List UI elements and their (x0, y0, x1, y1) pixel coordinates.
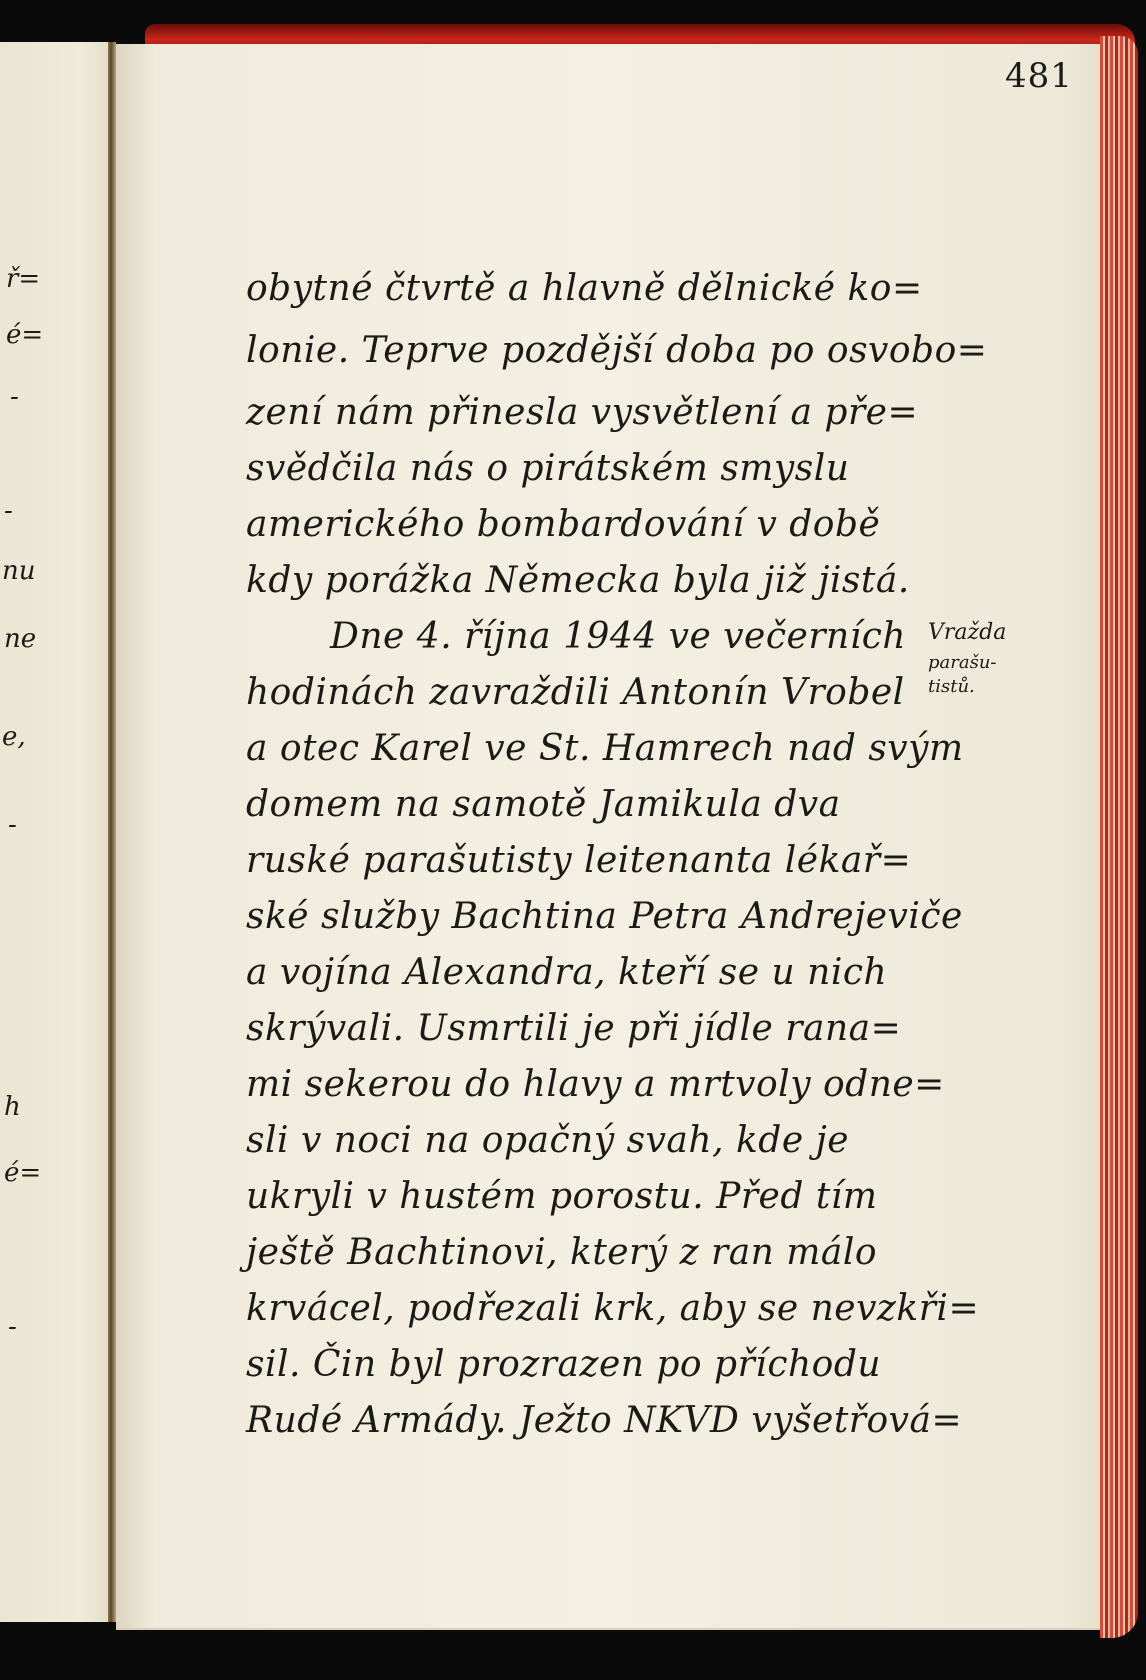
text-line: ještě Bachtinovi, který z ran málo (246, 1232, 877, 1273)
text-line: a otec Karel ve St. Hamrech nad svým (246, 728, 964, 769)
left-page-fragment: - (8, 1312, 17, 1342)
left-page-fragment: é= (4, 1158, 41, 1188)
text-line: zení nám přinesla vysvětlení a pře= (246, 392, 918, 433)
left-page-fragment: e, (2, 722, 26, 752)
text-line: kdy porážka Německa byla již jistá. (246, 560, 910, 601)
text-line: ruské parašutisty leitenanta lékař= (246, 840, 911, 881)
text-line: hodinách zavraždili Antonín Vrobel (246, 672, 905, 713)
text-line: sil. Čin byl prozrazen po příchodu (246, 1344, 881, 1385)
margin-note-line: parašu- (928, 652, 997, 673)
text-line: a vojína Alexandra, kteří se u nich (246, 952, 887, 993)
text-line: mi sekerou do hlavy a mrtvoly odne= (246, 1064, 945, 1105)
left-page-fragment: h (4, 1092, 21, 1122)
text-line: ské služby Bachtina Petra Andrejeviče (246, 896, 963, 937)
text-line: svědčila nás o pirátském smyslu (246, 448, 849, 489)
left-page-fragment: - (10, 382, 19, 412)
text-line: skrývali. Usmrtili je při jídle rana= (246, 1008, 901, 1049)
text-line: amerického bombardování v době (246, 504, 880, 545)
text-line: lonie. Teprve pozdější doba po osvobo= (246, 330, 987, 371)
text-line: Rudé Armády. Ježto NKVD vyšetřová= (246, 1400, 962, 1441)
left-page-fragment: ne (4, 624, 36, 654)
page-number: 481 (1005, 56, 1073, 96)
text-line: sli v noci na opačný svah, kde je (246, 1120, 849, 1161)
text-line: Dne 4. října 1944 ve večerních (330, 616, 906, 657)
text-line: obytné čtvrtě a hlavně dělnické ko= (246, 268, 923, 309)
page-edges (1100, 36, 1138, 1638)
left-page-fragment: - (8, 810, 17, 840)
left-page-fragment: ř= (6, 264, 40, 294)
left-page-fragment: nu (2, 556, 36, 586)
left-page-fragment: - (4, 496, 13, 526)
text-line: krvácel, podřezali krk, aby se nevzkři= (246, 1288, 979, 1329)
left-page-fragment: é= (6, 320, 43, 350)
left-page: ř= é= - - nu ne e, - h é= - (0, 42, 114, 1622)
book-gutter (108, 42, 116, 1622)
text-line: ukryli v hustém porostu. Před tím (246, 1176, 877, 1217)
margin-note-line: tistů. (928, 676, 975, 697)
margin-note-line: Vražda (928, 620, 1006, 645)
text-line: domem na samotě Jamikula dva (246, 784, 841, 825)
